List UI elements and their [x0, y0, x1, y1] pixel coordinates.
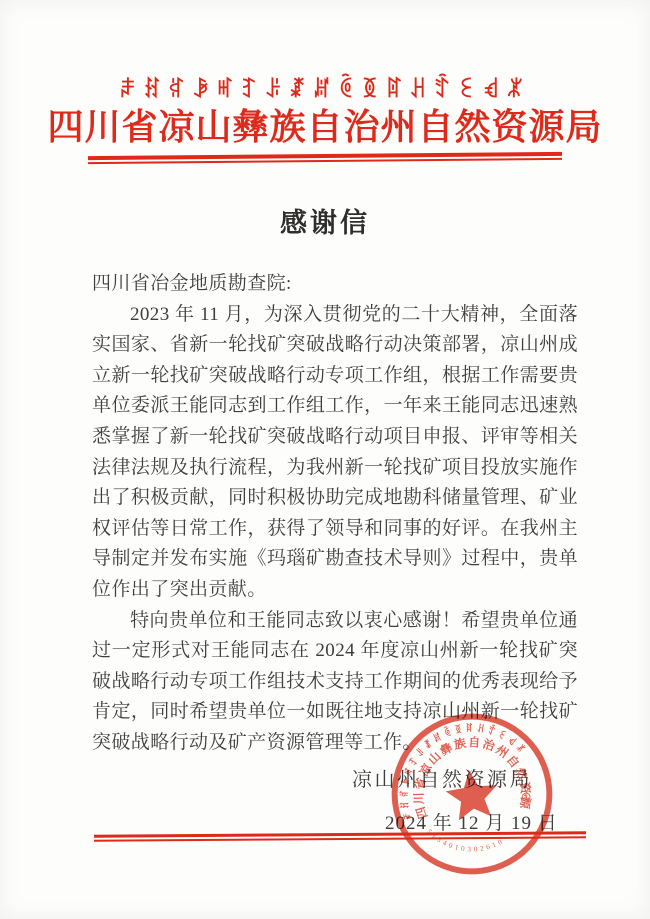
- letter-body: 四川省冶金地质勘查院: 2023 年 11 月，为深入贯彻党的二十大精神，全面落…: [92, 269, 578, 759]
- letterhead-yi-script-line: ꌧꍧꌜꆃꎭꆈꌠꊨꏦꏱꅉꍏꃅꄷꏂꃹꏚ: [0, 76, 650, 104]
- letter-title: 感谢信: [0, 201, 650, 240]
- seal-star-icon: [443, 767, 500, 821]
- letterhead-org-name: 四川省凉山彝族自治州自然资源局: [0, 104, 650, 150]
- official-seal: ꌧꍧꌜꆃꎭꆈꌠꊨꏦꏱꅉꍏꃅꄷꏂꃹꏚ 四川省凉山彝族自治州自然资源局 513401…: [377, 699, 566, 888]
- seal-badge-number: ①: [521, 791, 532, 804]
- paragraph-1: 2023 年 11 月，为深入贯彻党的二十大精神，全面落实国家、省新一轮找矿突破…: [92, 300, 578, 606]
- seal-code-arc-text: 5134010302610: [425, 819, 507, 860]
- letterhead-double-rule: [88, 152, 562, 164]
- scanned-letter-page: ꌧꍧꌜꆃꎭꆈꌠꊨꏦꏱꅉꍏꃅꄷꏂꃹꏚ 四川省凉山彝族自治州自然资源局 感谢信 四川…: [0, 0, 650, 919]
- salutation: 四川省冶金地质勘查院:: [92, 269, 578, 300]
